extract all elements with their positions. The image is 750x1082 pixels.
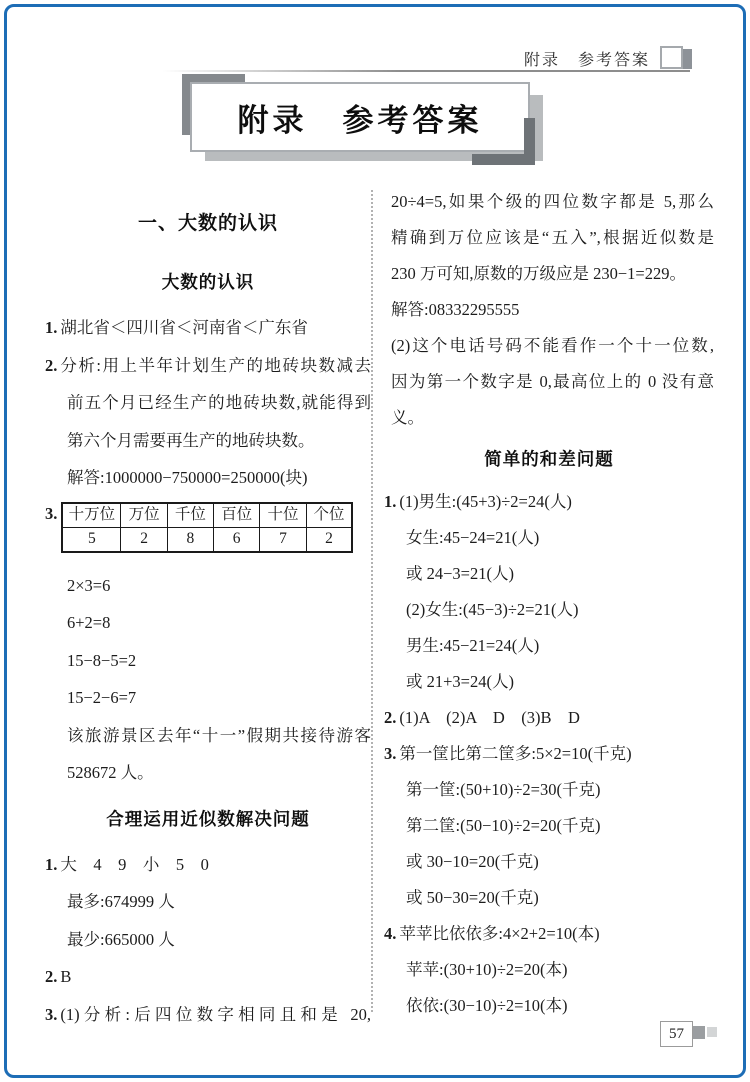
- running-header: 附录 参考答案: [524, 46, 692, 71]
- table-header-cell: 个位: [306, 503, 352, 528]
- answer-line: 或 24−3=21(人): [384, 556, 714, 592]
- answer-text: 解答:08332295555: [391, 300, 519, 321]
- table-header-cell: 千位: [167, 503, 213, 528]
- answer-text: 第六个月需要再生产的地砖块数。: [67, 431, 315, 452]
- item-number: 1.: [384, 492, 396, 513]
- answer-line: 第二筐:(50−10)÷2=20(千克): [384, 808, 714, 844]
- table-value-cell: 5: [62, 527, 121, 552]
- answer-text: 或 24−3=21(人): [406, 564, 514, 585]
- footer-ornament-light-square: [707, 1027, 717, 1037]
- answer-line: 1.大 4 9 小 5 0: [45, 847, 371, 885]
- banner-bracket-bottom-right: [472, 118, 535, 165]
- footer-ornament-dark-square: [692, 1026, 705, 1039]
- answer-line: 15−2−6=7: [45, 680, 371, 718]
- answer-text: (1)男生:(45+3)÷2=24(人): [399, 492, 571, 513]
- answer-line: 义。: [384, 400, 714, 436]
- corner-frame-icon: [660, 46, 692, 71]
- item-number: 3.: [45, 502, 57, 525]
- answer-text: 第一筐比第二筐多:5×2=10(千克): [399, 744, 631, 765]
- answer-line: 解答:1000000−750000=250000(块): [45, 460, 371, 498]
- item-number: 2.: [45, 356, 57, 377]
- table-header-cell: 万位: [121, 503, 167, 528]
- answer-line: 解答:08332295555: [384, 292, 714, 328]
- answer-text: B: [60, 967, 71, 988]
- answer-text: (2)女生:(45−3)÷2=21(人): [406, 600, 578, 621]
- answer-line: 2.B: [45, 959, 371, 997]
- item-number: 2.: [384, 708, 396, 729]
- item-number: 3.: [45, 1005, 57, 1026]
- section-title: 一、大数的认识: [45, 192, 371, 256]
- answer-line: 3.第一筐比第二筐多:5×2=10(千克): [384, 736, 714, 772]
- corner-frame-icon-white-square: [660, 46, 683, 69]
- item-number: 4.: [384, 924, 396, 945]
- item-number: 1.: [45, 318, 57, 339]
- answer-text: 因为第一个数字是 0,最高位上的 0 没有意: [391, 372, 714, 393]
- answer-text: 大 4 9 小 5 0: [60, 855, 209, 876]
- table-header-cell: 百位: [214, 503, 260, 528]
- answer-line: 前五个月已经生产的地砖块数,就能得到: [45, 385, 371, 423]
- answer-line: 女生:45−24=21(人): [384, 520, 714, 556]
- answer-text: 前五个月已经生产的地砖块数,就能得到: [67, 393, 371, 414]
- answer-line: 20÷4=5,如果个级的四位数字都是 5,那么: [384, 184, 714, 220]
- subsection-title: 简单的和差问题: [384, 436, 714, 484]
- subsection-title: 大数的认识: [45, 256, 371, 310]
- right-column: 20÷4=5,如果个级的四位数字都是 5,那么精确到万位应该是“五入”,根据近似…: [384, 184, 714, 1024]
- answer-text: 20÷4=5,如果个级的四位数字都是 5,那么: [391, 192, 714, 213]
- answer-text: 解答:1000000−750000=250000(块): [67, 468, 307, 489]
- item-number: 3.: [384, 744, 396, 765]
- table-header-cell: 十位: [260, 503, 306, 528]
- answer-line: 2.(1)A (2)A D (3)B D: [384, 700, 714, 736]
- answer-text: (2)这个电话号码不能看作一个十一位数,: [391, 336, 714, 357]
- table-value-cell: 6: [214, 527, 260, 552]
- answer-line: 因为第一个数字是 0,最高位上的 0 没有意: [384, 364, 714, 400]
- answer-text: 合理运用近似数解决问题: [106, 809, 310, 831]
- answer-text: 15−8−5=2: [67, 651, 136, 672]
- answer-text: 230 万可知,原数的万级应是 230−1=229。: [391, 264, 686, 285]
- answer-line: 1.(1)男生:(45+3)÷2=24(人): [384, 484, 714, 520]
- answer-text: 最多:674999 人: [67, 892, 175, 913]
- table-value-cell: 8: [167, 527, 213, 552]
- page-title: 附录 参考答案: [238, 95, 483, 140]
- answer-text: 2×3=6: [67, 576, 110, 597]
- answer-line: 15−8−5=2: [45, 643, 371, 681]
- answer-text: 男生:45−21=24(人): [406, 636, 539, 657]
- answer-text: 依依:(30−10)÷2=10(本): [406, 996, 567, 1017]
- answer-line: 或 21+3=24(人): [384, 664, 714, 700]
- answer-text: 或 30−10=20(千克): [406, 852, 539, 873]
- answer-text: 大数的认识: [162, 272, 255, 294]
- answer-text: (1)分析:后四位数字相同且和是 20,: [60, 1005, 371, 1026]
- answer-text: 苹苹比依依多:4×2+2=10(本): [399, 924, 599, 945]
- answer-line: 4.苹苹比依依多:4×2+2=10(本): [384, 916, 714, 952]
- page-number: 57: [660, 1021, 693, 1047]
- left-column: 一、大数的认识大数的认识1.湖北省＜四川省＜河南省＜广东省2.分析:用上半年计划…: [45, 192, 371, 1034]
- answer-text: 第二筐:(50−10)÷2=20(千克): [406, 816, 600, 837]
- answer-line: 第一筐:(50+10)÷2=30(千克): [384, 772, 714, 808]
- column-divider: [371, 190, 373, 1012]
- table-header-row: 十万位万位千位百位十位个位: [62, 503, 352, 528]
- answer-line: 6+2=8: [45, 605, 371, 643]
- answer-line: (2)这个电话号码不能看作一个十一位数,: [384, 328, 714, 364]
- answer-line: 1.湖北省＜四川省＜河南省＜广东省: [45, 310, 371, 348]
- table-value-row: 528672: [62, 527, 352, 552]
- answer-text: 第一筐:(50+10)÷2=30(千克): [406, 780, 600, 801]
- answer-line: 2.分析:用上半年计划生产的地砖块数减去: [45, 348, 371, 386]
- answer-line: 该旅游景区去年“十一”假期共接待游客: [45, 718, 371, 756]
- answer-text: 15−2−6=7: [67, 688, 136, 709]
- table-value-cell: 2: [306, 527, 352, 552]
- answer-line: 528672 人。: [45, 755, 371, 793]
- answer-line: 2×3=6: [45, 568, 371, 606]
- answer-text: 女生:45−24=21(人): [406, 528, 539, 549]
- item-number: 2.: [45, 967, 57, 988]
- answer-line: 男生:45−21=24(人): [384, 628, 714, 664]
- answer-line: 最多:674999 人: [45, 884, 371, 922]
- answer-line: 或 30−10=20(千克): [384, 844, 714, 880]
- table-value-cell: 2: [121, 527, 167, 552]
- answer-text: 简单的和差问题: [484, 449, 614, 471]
- answer-text: 义。: [391, 408, 424, 429]
- answer-line: (2)女生:(45−3)÷2=21(人): [384, 592, 714, 628]
- answer-text: 分析:用上半年计划生产的地砖块数减去: [60, 356, 371, 377]
- answer-text: 528672 人。: [67, 763, 154, 784]
- item-number: 1.: [45, 855, 57, 876]
- title-banner: 附录 参考答案: [188, 80, 548, 172]
- table-header-cell: 十万位: [62, 503, 121, 528]
- answer-text: 最少:665000 人: [67, 930, 175, 951]
- answer-line: 精确到万位应该是“五入”,根据近似数是: [384, 220, 714, 256]
- answer-line: 最少:665000 人: [45, 922, 371, 960]
- answer-text: 苹苹:(30+10)÷2=20(本): [406, 960, 567, 981]
- answer-line: 或 50−30=20(千克): [384, 880, 714, 916]
- answer-line: 第六个月需要再生产的地砖块数。: [45, 423, 371, 461]
- table-line: 3.十万位万位千位百位十位个位528672: [45, 498, 371, 568]
- answer-line: 3.(1)分析:后四位数字相同且和是 20,: [45, 997, 371, 1035]
- running-header-title: 附录 参考答案: [524, 47, 650, 70]
- subsection-title: 合理运用近似数解决问题: [45, 793, 371, 847]
- answer-line: 苹苹:(30+10)÷2=20(本): [384, 952, 714, 988]
- answer-line: 230 万可知,原数的万级应是 230−1=229。: [384, 256, 714, 292]
- answer-line: 依依:(30−10)÷2=10(本): [384, 988, 714, 1024]
- answer-text: 6+2=8: [67, 613, 110, 634]
- answer-text: 或 21+3=24(人): [406, 672, 514, 693]
- answer-text: 该旅游景区去年“十一”假期共接待游客: [67, 726, 371, 747]
- answer-text: 湖北省＜四川省＜河南省＜广东省: [60, 318, 308, 339]
- table-value-cell: 7: [260, 527, 306, 552]
- answer-text: 或 50−30=20(千克): [406, 888, 539, 909]
- place-value-table: 十万位万位千位百位十位个位528672: [61, 502, 353, 553]
- answer-text: 精确到万位应该是“五入”,根据近似数是: [391, 228, 714, 249]
- answer-text: (1)A (2)A D (3)B D: [399, 708, 580, 729]
- answer-text: 一、大数的认识: [138, 212, 278, 236]
